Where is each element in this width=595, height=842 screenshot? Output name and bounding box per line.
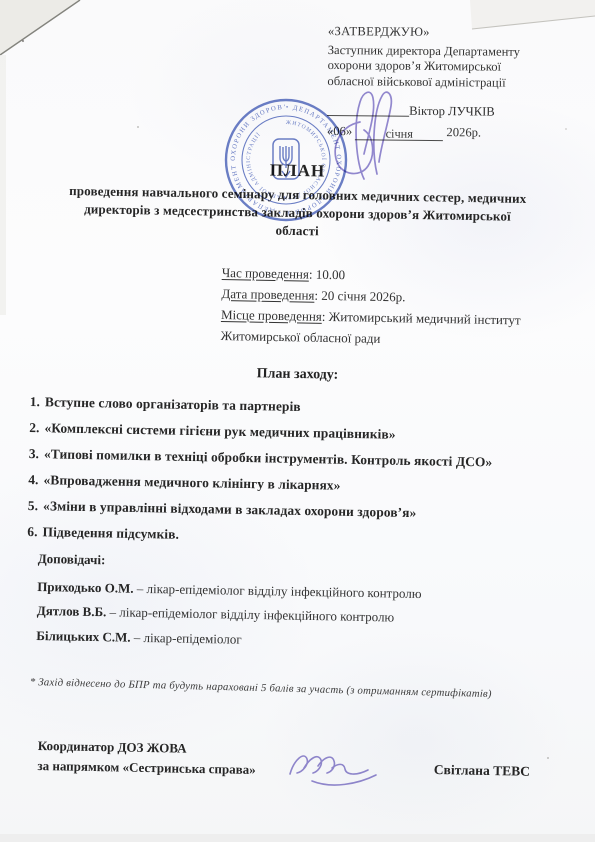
coordinator-handwritten-signature (284, 736, 388, 790)
approve-word: «ЗАТВЕРДЖУЮ» (328, 24, 583, 42)
agenda-item-text: «Впровадження медичного клінінгу в лікар… (43, 472, 340, 492)
agenda-item-text: «Зміни в управлінні відходами в закладах… (43, 498, 416, 520)
speaker-name: Дятлов В.Б. (37, 603, 107, 619)
agenda-item-text: Підведення підсумків. (42, 524, 179, 541)
detail-label: Час проведення (222, 265, 309, 282)
scanned-page: «ЗАТВЕРДЖУЮ» Заступник директора Департа… (0, 0, 595, 842)
coordinator-line: за напрямком «Сестринська справа» (37, 756, 256, 780)
agenda-item-number: 2. (29, 415, 40, 441)
agenda-heading: План заходу: (0, 362, 595, 388)
speaker-role: – лікар-епідеміолог відділу інфекційного… (137, 580, 422, 600)
agenda-item-text: Вступне слово організаторів та партнерів (45, 394, 301, 414)
date-year: 2026р. (446, 125, 481, 139)
detail-label: Дата проведення (221, 286, 314, 303)
approver-handwritten-signature (330, 84, 410, 182)
speaker-role: – лікар-епідеміолог (134, 629, 242, 646)
coordinator-name: Світлана ТЕВС (434, 762, 530, 780)
trident-icon (280, 146, 292, 177)
left-page-edge (0, 55, 6, 315)
agenda-item-number: 1. (30, 389, 41, 415)
agenda-item-text: «Типові помилки в техніці обробки інстру… (44, 446, 492, 469)
agenda-list: 1.Вступне слово організаторів та партнер… (27, 389, 493, 553)
speaker-name: Білицьких С.М. (36, 627, 131, 644)
dust-speck (547, 757, 549, 759)
detail-label: Місце проведення (221, 307, 322, 324)
folded-corner (0, 0, 80, 55)
dust-speck (137, 126, 139, 128)
speaker-role: – лікар-епідеміолог відділу інфекційного… (109, 604, 394, 624)
dust-speck (22, 40, 24, 42)
agenda-item-number: 4. (28, 467, 39, 493)
bottom-page-edge (0, 834, 595, 842)
agenda-item-number: 5. (28, 493, 39, 519)
detail-row-place: Місце проведення: Житомирський медичний … (220, 304, 545, 352)
footnote: * Захід віднесено до БПР та будуть нарах… (30, 676, 492, 700)
speaker-name: Приходько О.М. (37, 578, 134, 595)
agenda-item-number: 3. (29, 441, 40, 467)
event-details-block: Час проведення: 10.00 Дата проведення: 2… (220, 262, 545, 352)
approver-name: Віктор ЛУЧКІВ (409, 104, 495, 119)
detail-value: 10.00 (316, 267, 346, 283)
agenda-item-number: 6. (27, 519, 38, 545)
fold-edge-line (0, 0, 80, 55)
coordinator-block: Координатор ДОЗ ЖОВА за напрямком «Сестр… (37, 736, 256, 780)
detail-value: 20 січня 2026р. (321, 288, 405, 305)
speakers-heading: Доповідачі: (38, 547, 423, 579)
agenda-item-text: «Комплексні системи гігієни рук медичних… (44, 420, 395, 441)
speakers-block: Доповідачі: Приходько О.М. – лікар-епіде… (36, 547, 422, 655)
